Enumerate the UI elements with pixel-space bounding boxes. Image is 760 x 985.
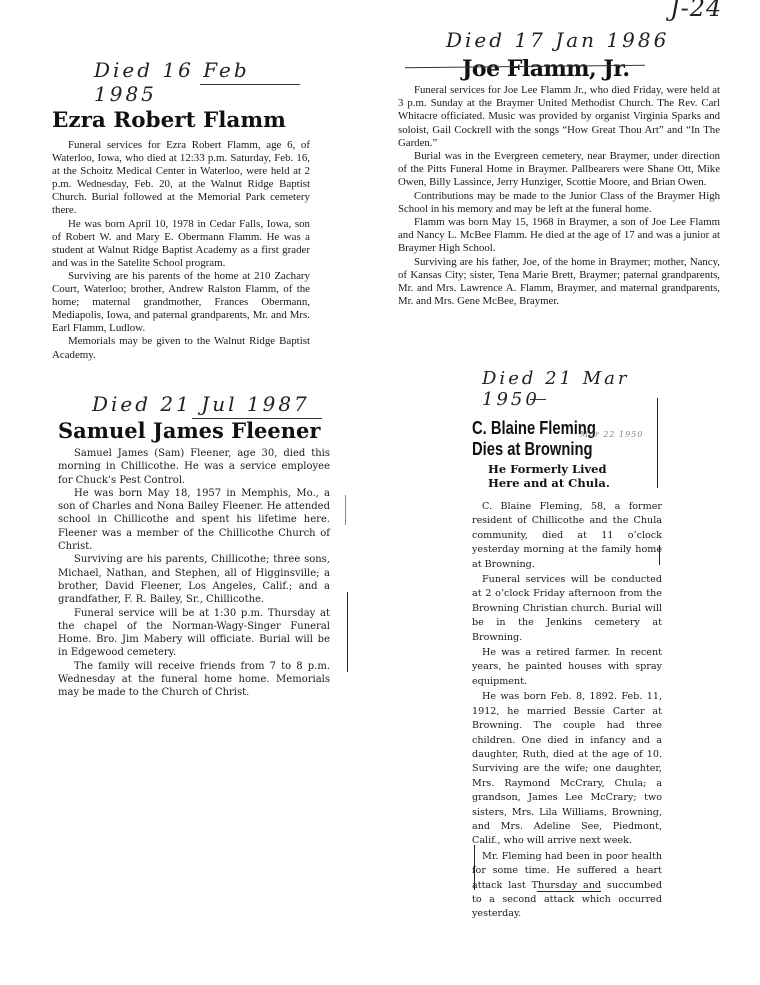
handwritten-death-date: Died 21 Jul 1987 [92,392,330,416]
obituary-paragraph: Surviving are his father, Joe, of the ho… [398,256,720,309]
obituary-paragraph: Funeral services for Joe Lee Flamm Jr., … [398,84,720,150]
clipping-edge-rule [200,84,300,85]
clipping-edge-rule [192,418,322,419]
page-reference-note: J-24 [670,0,722,22]
handwritten-death-date: Died 21 Mar 1950 [482,368,662,410]
obituary-paragraph: Funeral services will be conducted at 2 … [472,573,662,645]
obituary-body: Funeral services for Joe Lee Flamm Jr., … [398,84,720,308]
obituary-paragraph: He was a retired farmer. In recent years… [472,646,662,689]
obituary-paragraph: Funeral services for Ezra Robert Flamm, … [52,139,310,218]
obituary-headline-line: Dies at Browning [472,439,628,460]
obituary-clipping-joe-flamm: Died 17 Jan 1986 Joe Flamm, Jr. Funeral … [398,28,720,308]
obituary-paragraph: Samuel James (Sam) Fleener, age 30, died… [58,447,330,487]
obituary-subhead-line: He Formerly Lived [488,462,662,476]
clipping-edge-line [347,592,348,672]
obituary-paragraph: Mr. Fleming had been in poor health for … [472,850,662,922]
obituary-headline: Joe Flamm, Jr. [462,56,720,82]
obituary-paragraph: Flamm was born May 15, 1968 in Braymer, … [398,216,720,256]
obituary-clipping-ezra-flamm: Died 16 Feb 1985 Ezra Robert Flamm Funer… [52,58,310,362]
obituary-paragraph: Surviving are his parents, Chillicothe; … [58,553,330,606]
obituary-subhead-line: Here and at Chula. [488,476,662,490]
obituary-paragraph: Funeral service will be at 1:30 p.m. Thu… [58,607,330,660]
obituary-clipping-samuel-fleener: Died 21 Jul 1987 Samuel James Fleener Sa… [58,392,330,700]
obituary-paragraph: Contributions may be made to the Junior … [398,190,720,216]
obituary-paragraph: The family will receive friends from 7 t… [58,660,330,700]
obituary-paragraph: He was born April 10, 1978 in Cedar Fall… [52,218,310,270]
obituary-body: Funeral services for Ezra Robert Flamm, … [52,139,310,362]
handwritten-death-date: Died 17 Jan 1986 [446,28,720,52]
obituary-paragraph: He was born Feb. 8, 1892. Feb. 11, 1912,… [472,690,662,848]
clipping-edge-line [659,545,660,565]
obituary-headline: Samuel James Fleener [58,418,330,443]
clipping-edge-line [657,398,658,488]
end-of-article-rule [537,891,601,892]
clipping-edge-line [474,845,475,890]
obituary-paragraph: Surviving are his parents of the home at… [52,270,310,335]
obituary-body: C. Blaine Fleming, 58, a former resident… [472,500,662,922]
obituary-paragraph: Memorials may be given to the Walnut Rid… [52,335,310,361]
obituary-headline: Ezra Robert Flamm [52,108,310,133]
obituary-paragraph: Burial was in the Evergreen cemetery, ne… [398,150,720,190]
obituary-paragraph: He was born May 18, 1957 in Memphis, Mo.… [58,487,330,553]
date-stamp: Mar 22 1950 [580,430,643,439]
handwritten-death-date: Died 16 Feb 1985 [94,58,310,106]
obituary-paragraph: C. Blaine Fleming, 58, a former resident… [472,500,662,572]
clipping-edge-rule [530,399,546,400]
clipping-edge-line [345,495,346,525]
obituary-clipping-blaine-fleming: Died 21 Mar 1950 C. Blaine Fleming Dies … [472,368,662,923]
obituary-body: Samuel James (Sam) Fleener, age 30, died… [58,447,330,700]
